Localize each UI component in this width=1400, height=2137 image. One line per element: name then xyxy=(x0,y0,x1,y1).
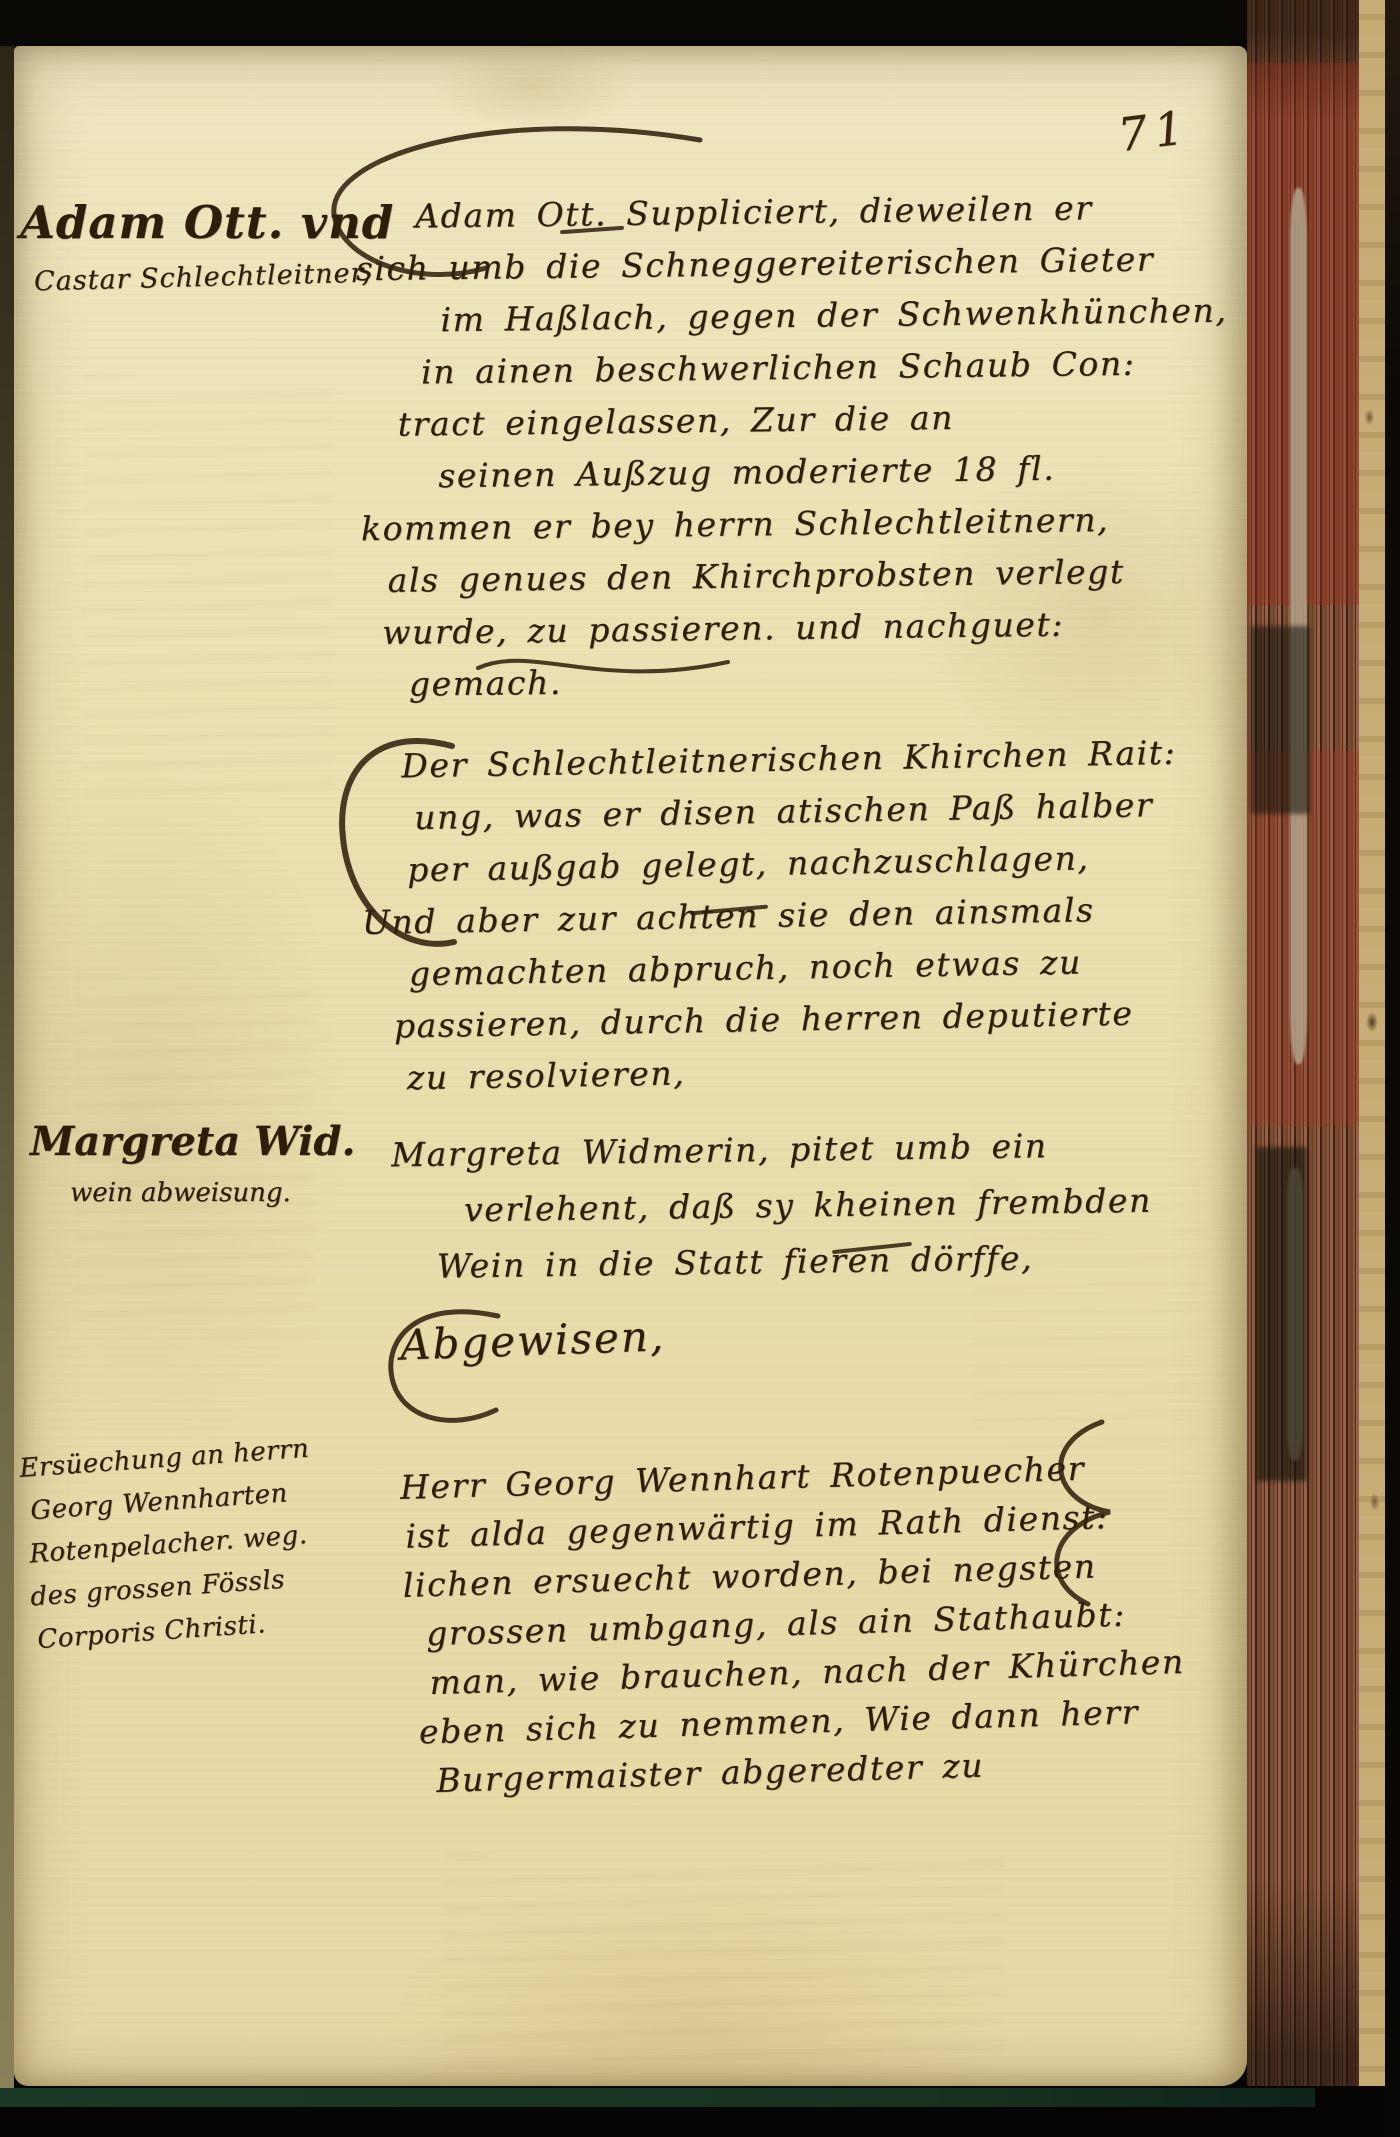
book-fore-edge xyxy=(1247,0,1359,2086)
fore-edge-dark-patch xyxy=(1256,1147,1308,1481)
manuscript-line: Wein in die Statt fieren dörffe, xyxy=(436,1229,1153,1295)
initial-flourish xyxy=(376,1298,526,1438)
scan-background-top xyxy=(0,0,1400,46)
scan-background-right xyxy=(1385,0,1400,2137)
initial-flourish xyxy=(300,118,720,308)
binding-board-edge xyxy=(0,2088,1315,2107)
fore-edge-dark-patch xyxy=(1251,626,1309,814)
gutter-edge xyxy=(0,46,14,2088)
brace-flourish xyxy=(980,1410,1120,1620)
margin-note-margreta: Margreta Wid. xyxy=(30,1118,355,1165)
manuscript-line: in ainen beschwerlichen Schaub Con: xyxy=(421,337,1229,399)
folio-number: 71 xyxy=(1115,100,1194,162)
ink-bleed-ghost xyxy=(444,1856,1004,2066)
outer-page-band xyxy=(1359,0,1385,2086)
paraph-underline xyxy=(470,636,740,696)
manuscript-scan: 71 Adam Ott. vnd Castar Schlechtleitner,… xyxy=(0,0,1400,2137)
manuscript-line: seinen Außzug moderierte 18 fl. xyxy=(438,441,1230,503)
ink-bleed-ghost xyxy=(84,376,334,796)
margin-note-margreta-2: wein abweisung. xyxy=(70,1178,291,1208)
manuscript-line: als genues den Khirchprobsten verlegt xyxy=(387,545,1231,607)
margin-note-ersuechung: Ersüechung an herrn Georg Wennharten Rot… xyxy=(18,1428,323,1663)
initial-flourish xyxy=(330,716,490,976)
manuscript-line: verlehent, daß sy kheinen frembden xyxy=(464,1173,1153,1239)
entry-2-body: Margreta Widmerin, pitet umb ein verlehe… xyxy=(391,1117,1153,1296)
